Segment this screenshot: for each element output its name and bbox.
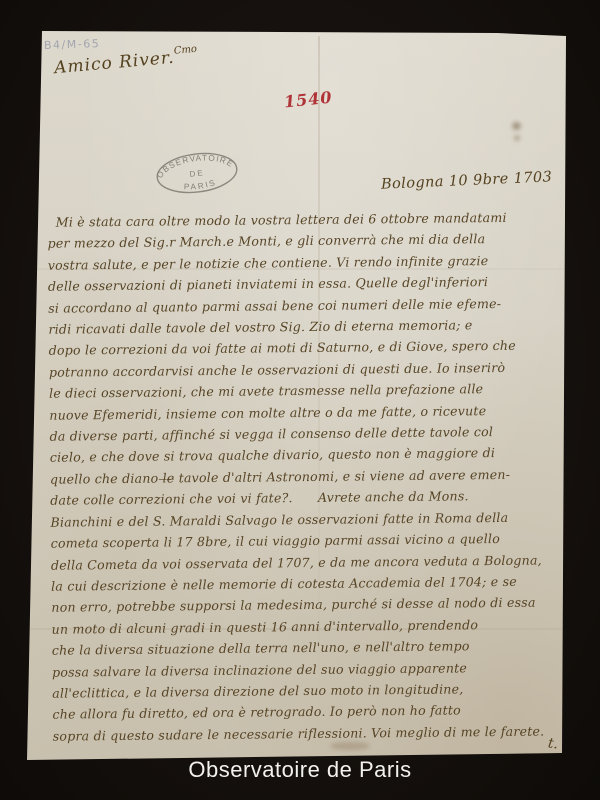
svg-text:PARIS: PARIS [182,177,218,193]
pencil-shelfmark: B4/M-65 [44,37,101,52]
stamp-text-de: DE [189,168,205,179]
photograph-background: B4/M-65 Amico River.Cmo 1540 OBSERVATOIR… [0,0,600,800]
caption-observatoire-de-paris: Observatoire de Paris [0,757,600,783]
stamp-text-paris: PARIS [182,177,218,193]
observatoire-oval-stamp: OBSERVATOIRE DE PARIS [146,139,248,206]
ink-stain [514,135,520,141]
ink-stain [512,122,521,130]
salutation-superscript: Cmo [173,44,197,57]
letter-body: Mi è stata cara oltre modo la vostra let… [47,206,569,747]
manuscript-sheet: B4/M-65 Amico River.Cmo 1540 OBSERVATOIR… [0,0,600,800]
